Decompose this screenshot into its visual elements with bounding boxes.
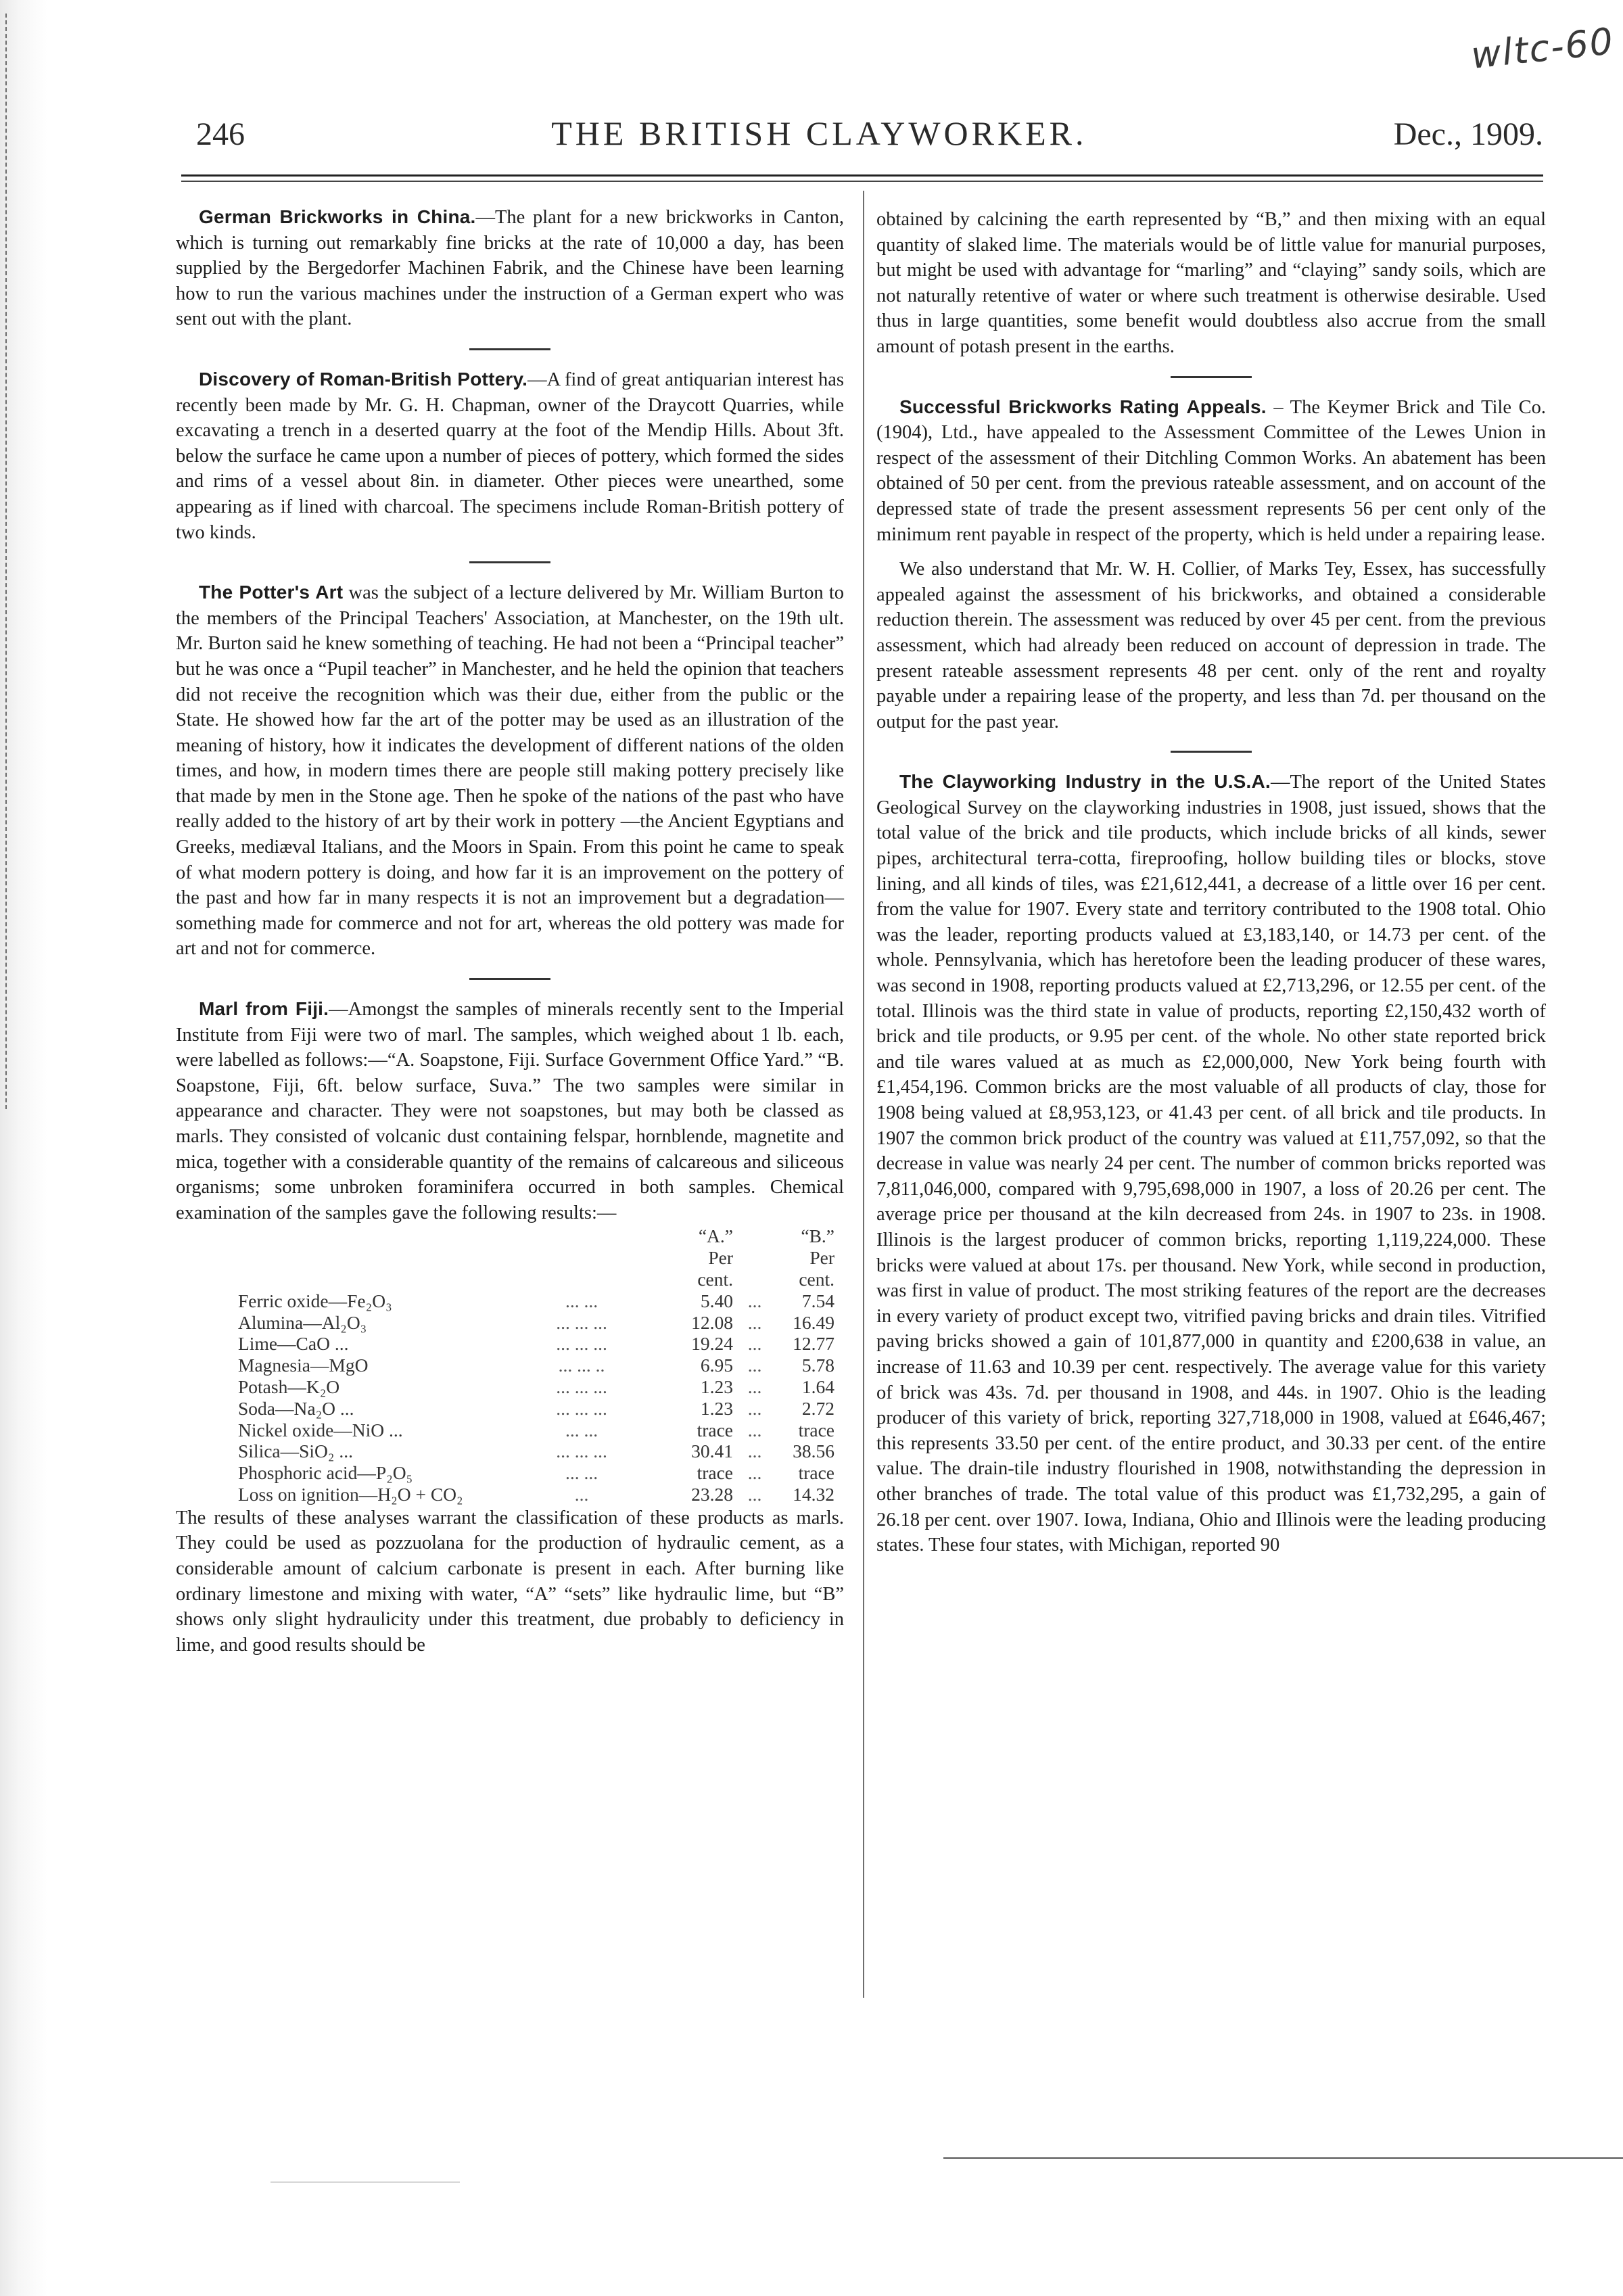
section-divider-rule — [469, 978, 550, 980]
compound-label: Lime—CaO ... — [176, 1333, 490, 1355]
publication-title: THE BRITISH CLAYWORKER. — [551, 114, 1087, 153]
article-clayworking-usa: The Clayworking Industry in the U.S.A.—T… — [876, 769, 1546, 1557]
value-b: 12.77 — [776, 1333, 844, 1355]
compound-label: Loss on ignition—H₂O + CO₂ — [176, 1484, 490, 1505]
value-b: trace — [776, 1462, 844, 1484]
header-double-rule — [181, 174, 1543, 182]
article-body: – The Keymer Brick and Tile Co. (1904), … — [876, 397, 1546, 545]
leader-dots: ... ... .. — [490, 1355, 674, 1376]
value-a: 23.28 — [674, 1484, 733, 1505]
leader-dots: ... ... ... — [490, 1398, 674, 1420]
leader-dots: ... — [733, 1312, 776, 1334]
leader-dots: ... ... — [490, 1462, 674, 1484]
article-body: obtained by calcining the earth represen… — [876, 207, 1546, 360]
article-title: Discovery of Roman-British Pottery. — [199, 369, 527, 390]
column-divider — [863, 191, 864, 1998]
leader-dots: ... ... — [490, 1290, 674, 1312]
leader-dots: ... ... — [490, 1420, 674, 1441]
leader-dots: ... — [733, 1398, 776, 1420]
issue-date: Dec., 1909. — [1394, 116, 1543, 153]
compound-label: Phosphoric acid—P₂O₅ — [176, 1462, 490, 1484]
value-b: 1.64 — [776, 1376, 844, 1398]
article-roman-british-pottery: Discovery of Roman-British Pottery.—A fi… — [176, 367, 844, 545]
binding-edge — [5, 14, 7, 1109]
compound-label: Soda—Na₂O ... — [176, 1398, 490, 1420]
value-a: 19.24 — [674, 1333, 733, 1355]
section-divider-rule — [1171, 376, 1252, 378]
value-b: 38.56 — [776, 1440, 844, 1462]
value-a: 12.08 — [674, 1312, 733, 1334]
table-row: Phosphoric acid—P₂O₅ ... ... trace ... t… — [176, 1462, 844, 1484]
column-header-b: “B.” — [776, 1225, 844, 1247]
leader-dots: ... ... ... — [490, 1440, 674, 1462]
value-a: trace — [674, 1420, 733, 1441]
article-potters-art: The Potter's Art was the subject of a le… — [176, 580, 844, 962]
page-edge-shadow — [0, 0, 47, 2296]
leader-dots: ... ... ... — [490, 1376, 674, 1398]
leader-dots: ... — [733, 1440, 776, 1462]
article-body: was the subject of a lecture delivered b… — [176, 582, 844, 959]
table-row: Magnesia—MgO ... ... .. 6.95 ... 5.78 — [176, 1355, 844, 1376]
value-a: trace — [674, 1462, 733, 1484]
value-a: 6.95 — [674, 1355, 733, 1376]
right-column: obtained by calcining the earth represen… — [876, 192, 1546, 1558]
article-body: —The report of the United States Geologi… — [876, 772, 1546, 1555]
leader-dots: ... — [733, 1290, 776, 1312]
value-a: 30.41 — [674, 1440, 733, 1462]
compound-label: Silica—SiO₂ ... — [176, 1440, 490, 1462]
leader-dots: ... — [490, 1484, 674, 1505]
article-title: Successful Brickworks Rating Appeals. — [899, 396, 1267, 417]
article-body: —A find of great antiquarian interest ha… — [176, 369, 844, 543]
article-body: We also understand that Mr. W. H. Collie… — [876, 557, 1546, 734]
leader-dots: ... — [733, 1333, 776, 1355]
value-b: trace — [776, 1420, 844, 1441]
table-row: Ferric oxide—Fe₂O₃ ... ... 5.40 ... 7.54 — [176, 1290, 844, 1312]
article-rating-appeals: Successful Brickworks Rating Appeals. – … — [876, 394, 1546, 735]
value-b: 2.72 — [776, 1398, 844, 1420]
article-marl-continuation: obtained by calcining the earth represen… — [876, 207, 1546, 360]
leader-dots: ... — [733, 1420, 776, 1441]
article-marl-from-fiji: Marl from Fiji.—Amongst the samples of m… — [176, 996, 844, 1658]
value-a: 5.40 — [674, 1290, 733, 1312]
article-title: The Potter's Art — [199, 582, 343, 603]
table-units-row: Per cent. Per cent. — [176, 1247, 844, 1290]
table-header-row: “A.” “B.” — [176, 1225, 844, 1247]
column-header-a: “A.” — [674, 1225, 733, 1247]
leader-dots: ... — [733, 1462, 776, 1484]
left-column: German Brickworks in China.—The plant fo… — [176, 189, 844, 1658]
table-row: Alumina—Al₂O₃ ... ... ... 12.08 ... 16.4… — [176, 1312, 844, 1334]
scan-artifact-line — [943, 2157, 1623, 2159]
article-title: Marl from Fiji. — [199, 998, 329, 1019]
chemical-analysis-table: “A.” “B.” Per cent. Per cent. Ferric oxi… — [176, 1225, 844, 1505]
value-a: 1.23 — [674, 1376, 733, 1398]
value-a: 1.23 — [674, 1398, 733, 1420]
article-german-brickworks: German Brickworks in China.—The plant fo… — [176, 204, 844, 332]
unit-a: Per cent. — [674, 1247, 733, 1290]
compound-label: Nickel oxide—NiO ... — [176, 1420, 490, 1441]
unit-b: Per cent. — [776, 1247, 844, 1290]
leader-dots: ... — [733, 1376, 776, 1398]
article-body-continued: The results of these analyses warrant th… — [176, 1505, 844, 1658]
article-title: The Clayworking Industry in the U.S.A. — [899, 771, 1271, 792]
page-number: 246 — [196, 116, 245, 153]
table-row: Loss on ignition—H₂O + CO₂ ... 23.28 ...… — [176, 1484, 844, 1505]
value-b: 14.32 — [776, 1484, 844, 1505]
running-head: 246 THE BRITISH CLAYWORKER. Dec., 1909. — [196, 114, 1543, 161]
compound-label: Ferric oxide—Fe₂O₃ — [176, 1290, 490, 1312]
leader-dots: ... ... ... — [490, 1312, 674, 1334]
leader-dots: ... ... ... — [490, 1333, 674, 1355]
value-b: 7.54 — [776, 1290, 844, 1312]
section-divider-rule — [469, 348, 550, 350]
compound-label: Magnesia—MgO — [176, 1355, 490, 1376]
value-b: 16.49 — [776, 1312, 844, 1334]
leader-dots: ... — [733, 1355, 776, 1376]
leader-dots: ... — [733, 1484, 776, 1505]
article-body: —Amongst the samples of minerals recentl… — [176, 999, 844, 1223]
table-row: Nickel oxide—NiO ... ... ... trace ... t… — [176, 1420, 844, 1441]
compound-label: Potash—K₂O — [176, 1376, 490, 1398]
handwritten-annotation: wltc-60 — [1469, 20, 1616, 77]
table-row: Soda—Na₂O ... ... ... ... 1.23 ... 2.72 — [176, 1398, 844, 1420]
table-row: Potash—K₂O ... ... ... 1.23 ... 1.64 — [176, 1376, 844, 1398]
article-title: German Brickworks in China. — [199, 206, 476, 227]
section-divider-rule — [1171, 751, 1252, 753]
section-divider-rule — [469, 561, 550, 563]
scan-artifact-line — [270, 2182, 460, 2182]
value-b: 5.78 — [776, 1355, 844, 1376]
compound-label: Alumina—Al₂O₃ — [176, 1312, 490, 1334]
table-row: Silica—SiO₂ ... ... ... ... 30.41 ... 38… — [176, 1440, 844, 1462]
table-row: Lime—CaO ... ... ... ... 19.24 ... 12.77 — [176, 1333, 844, 1355]
